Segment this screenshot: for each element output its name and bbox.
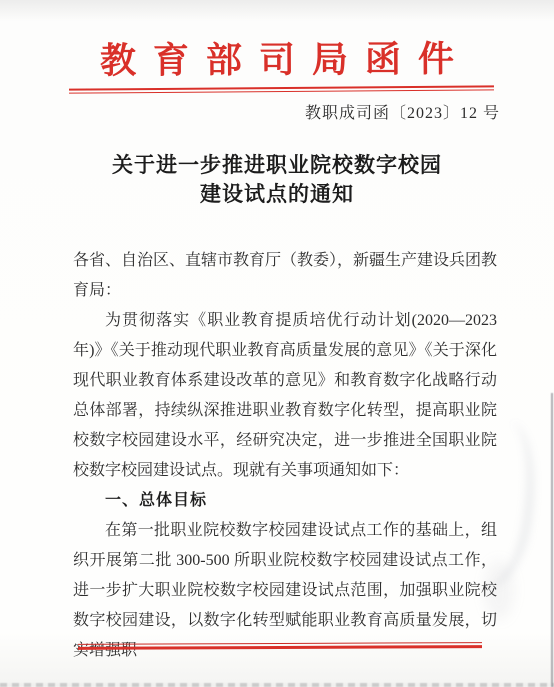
salutation-line: 各省、自治区、直辖市教育厅（教委），新疆生产建设兵团教育局： xyxy=(73,246,497,306)
opening-paragraph: 为贯彻落实《职业教育提质培优行动计划(2020—2023 年)》《关于推动现代职… xyxy=(73,306,497,486)
document-title-line1: 关于进一步推进职业院校数字校园 xyxy=(0,151,554,180)
letterhead-agency-title: 教育部司局函件 xyxy=(0,31,554,85)
scan-right-edge-line xyxy=(551,393,553,687)
document-reference-number: 教职成司函〔2023〕12 号 xyxy=(305,100,500,123)
scanned-document-page: 教育部司局函件 教职成司函〔2023〕12 号 关于进一步推进职业院校数字校园 … xyxy=(0,0,554,687)
document-title-line2: 建设试点的通知 xyxy=(0,180,554,209)
document-title: 关于进一步推进职业院校数字校园 建设试点的通知 xyxy=(0,151,554,209)
letterhead-red-divider xyxy=(69,85,494,93)
scan-bottom-edge-band xyxy=(0,683,554,687)
section-1-heading: 一、总体目标 xyxy=(73,486,497,516)
document-body: 各省、自治区、直辖市教育厅（教委），新疆生产建设兵团教育局： 为贯彻落实《职业教… xyxy=(73,246,497,666)
scan-top-shading xyxy=(0,0,554,22)
